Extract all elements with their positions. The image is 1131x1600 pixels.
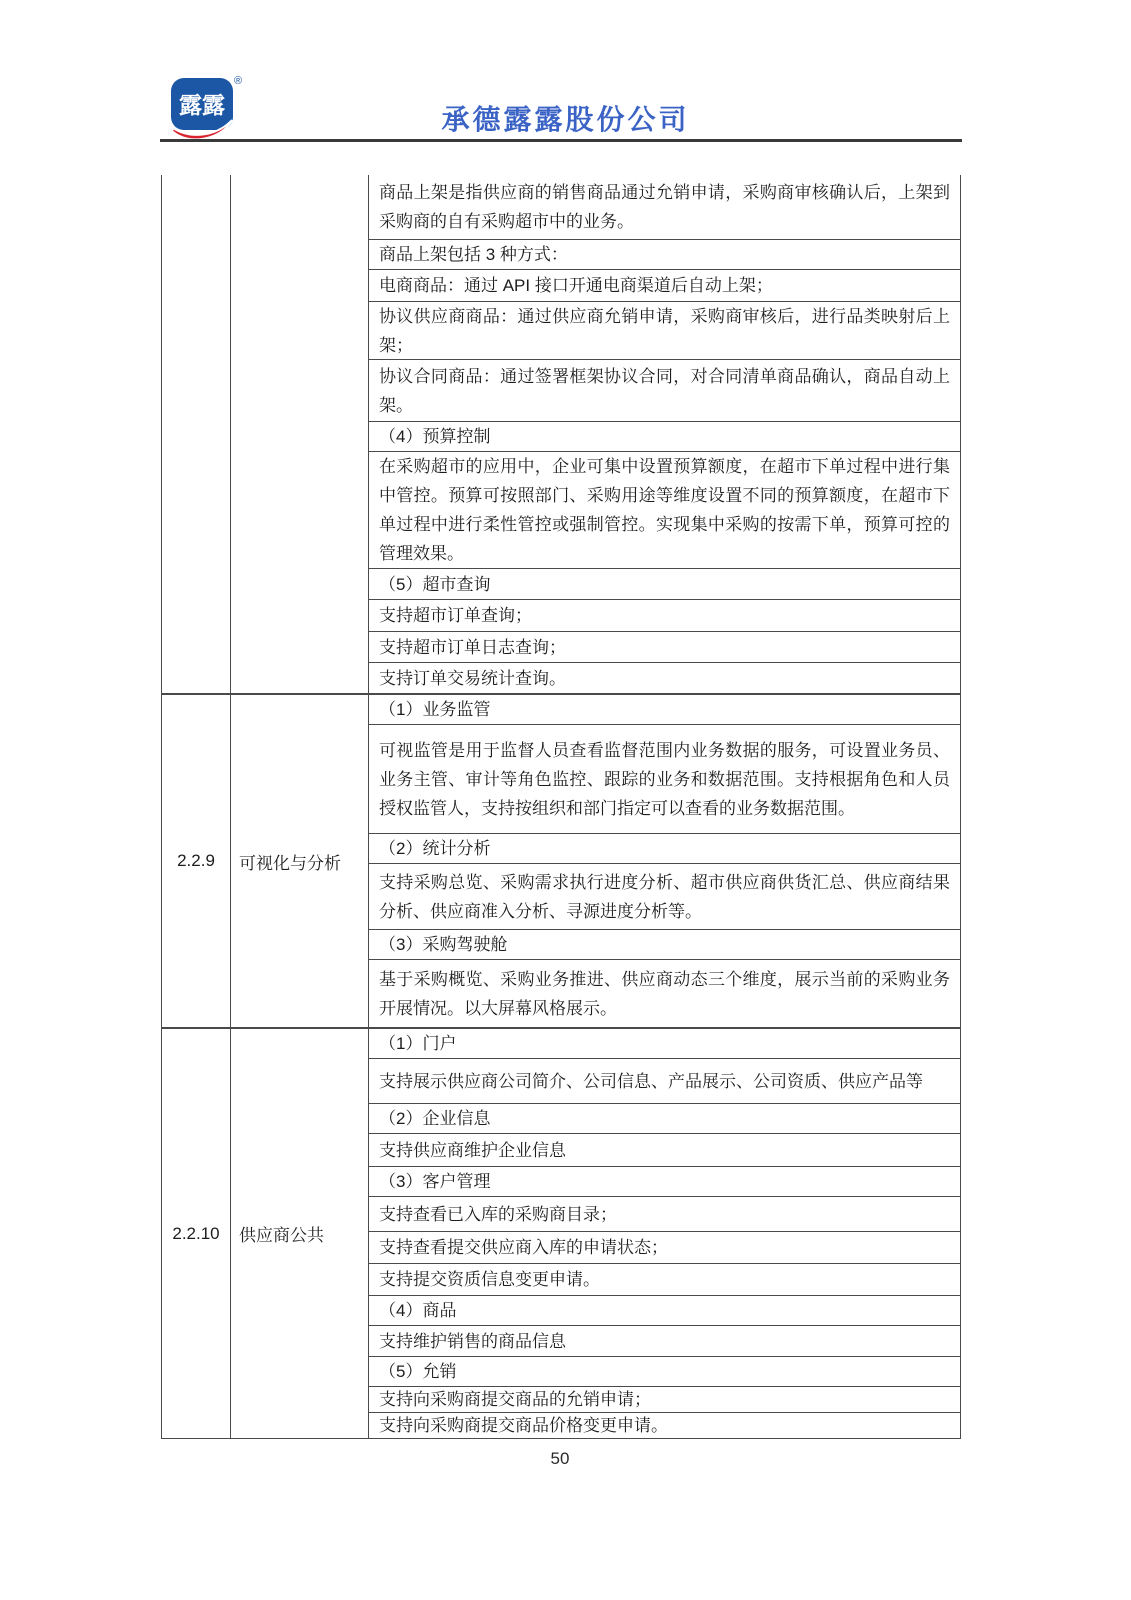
section-number-cell: [162, 175, 231, 693]
table-row: 支持采购总览、采购需求执行进度分析、超市供应商供货汇总、供应商结果分析、供应商准…: [369, 864, 960, 930]
row-text: 支持展示供应商公司简介、公司信息、产品展示、公司资质、供应产品等: [379, 1067, 923, 1096]
table-row: （4）预算控制: [369, 422, 960, 452]
table-row: （3）采购驾驶舱: [369, 930, 960, 960]
section-label-cell: 供应商公共: [231, 1029, 369, 1438]
table-row: （1）业务监管: [369, 695, 960, 725]
section-label: 可视化与分析: [239, 849, 341, 874]
table-row: 支持向采购商提交商品价格变更申请。: [369, 1413, 960, 1438]
row-text: 基于采购概览、采购业务推进、供应商动态三个维度，展示当前的采购业务开展情况。以大…: [379, 965, 950, 1023]
row-text: 支持向采购商提交商品价格变更申请。: [379, 1413, 668, 1438]
section-number-cell: 2.2.10: [162, 1029, 231, 1438]
row-text: 在采购超市的应用中，企业可集中设置预算额度，在超市下单过程中进行集中管控。预算可…: [379, 452, 950, 568]
table-row: 支持向采购商提交商品的允销申请；: [369, 1387, 960, 1413]
table-section-2-2-10: 2.2.10 供应商公共 （1）门户 支持展示供应商公司简介、公司信息、产品展示…: [162, 1027, 960, 1438]
section-label-cell: [231, 175, 369, 693]
table-row: 支持查看提交供应商入库的申请状态；: [369, 1232, 960, 1264]
row-text: 支持超市订单查询；: [379, 601, 532, 630]
table-row: （1）门户: [369, 1029, 960, 1059]
table-row: 可视监管是用于监督人员查看监督范围内业务数据的服务，可设置业务员、业务主管、审计…: [369, 725, 960, 834]
row-text: （5）超市查询: [379, 570, 490, 599]
section-content: （1）业务监管 可视监管是用于监督人员查看监督范围内业务数据的服务，可设置业务员…: [369, 695, 960, 1027]
table-row: 商品上架是指供应商的销售商品通过允销申请，采购商审核确认后，上架到采购商的自有采…: [369, 175, 960, 240]
row-text: 协议供应商商品：通过供应商允销申请，采购商审核后，进行品类映射后上架；: [379, 302, 950, 360]
row-text: （3）采购驾驶舱: [379, 930, 507, 959]
table-row: 支持查看已入库的采购商目录；: [369, 1197, 960, 1232]
row-text: 协议合同商品：通过签署框架协议合同，对合同清单商品确认，商品自动上架。: [379, 362, 950, 420]
table-row: 支持提交资质信息变更申请。: [369, 1264, 960, 1296]
row-text: 支持超市订单日志查询；: [379, 633, 566, 662]
table-section-2-2-9: 2.2.9 可视化与分析 （1）业务监管 可视监管是用于监督人员查看监督范围内业…: [162, 693, 960, 1027]
table-row: 基于采购概览、采购业务推进、供应商动态三个维度，展示当前的采购业务开展情况。以大…: [369, 960, 960, 1027]
section-label: 供应商公共: [239, 1221, 324, 1246]
header-rule: [160, 139, 962, 142]
row-text: 支持提交资质信息变更申请。: [379, 1265, 600, 1294]
table-row: 支持超市订单日志查询；: [369, 632, 960, 663]
row-text: 商品上架是指供应商的销售商品通过允销申请，采购商审核确认后，上架到采购商的自有采…: [379, 178, 950, 236]
table-row: 支持维护销售的商品信息: [369, 1326, 960, 1357]
table-row: （2）统计分析: [369, 834, 960, 864]
row-text: （4）商品: [379, 1296, 456, 1325]
row-text: 支持查看已入库的采购商目录；: [379, 1200, 617, 1229]
registered-mark: ®: [234, 75, 242, 87]
section-label-cell: 可视化与分析: [231, 695, 369, 1027]
page-number: 50: [161, 1449, 959, 1469]
table-row: 支持订单交易统计查询。: [369, 663, 960, 693]
row-text: 支持订单交易统计查询。: [379, 664, 566, 693]
section-number: 2.2.9: [177, 851, 215, 871]
table-row: （5）允销: [369, 1357, 960, 1387]
table-row: （2）企业信息: [369, 1104, 960, 1134]
table-row: （4）商品: [369, 1296, 960, 1326]
row-text: 支持供应商维护企业信息: [379, 1136, 566, 1165]
row-text: 支持查看提交供应商入库的申请状态；: [379, 1233, 668, 1262]
table-row: 电商商品：通过 API 接口开通电商渠道后自动上架；: [369, 270, 960, 302]
row-text: （5）允销: [379, 1357, 456, 1386]
table-row: （3）客户管理: [369, 1167, 960, 1197]
table-section-continuation: 商品上架是指供应商的销售商品通过允销申请，采购商审核确认后，上架到采购商的自有采…: [162, 175, 960, 693]
row-text: （4）预算控制: [379, 422, 490, 451]
row-text: 支持向采购商提交商品的允销申请；: [379, 1387, 651, 1413]
table-row: 支持展示供应商公司简介、公司信息、产品展示、公司资质、供应产品等: [369, 1059, 960, 1104]
requirements-table: 商品上架是指供应商的销售商品通过允销申请，采购商审核确认后，上架到采购商的自有采…: [161, 175, 961, 1439]
table-row: 支持超市订单查询；: [369, 600, 960, 632]
table-row: 商品上架包括 3 种方式：: [369, 240, 960, 270]
row-text: 支持维护销售的商品信息: [379, 1327, 566, 1356]
row-text: （2）企业信息: [379, 1104, 490, 1133]
table-row: 支持供应商维护企业信息: [369, 1134, 960, 1167]
row-text: （3）客户管理: [379, 1167, 490, 1196]
section-content: 商品上架是指供应商的销售商品通过允销申请，采购商审核确认后，上架到采购商的自有采…: [369, 175, 960, 693]
table-row: 协议供应商商品：通过供应商允销申请，采购商审核后，进行品类映射后上架；: [369, 302, 960, 360]
table-row: 协议合同商品：通过签署框架协议合同，对合同清单商品确认，商品自动上架。: [369, 360, 960, 422]
row-text: 可视监管是用于监督人员查看监督范围内业务数据的服务，可设置业务员、业务主管、审计…: [379, 736, 950, 823]
document-page: 露露 ® 承德露露股份公司 商品上架是指供应商的销售商品通过允销申请，采购商审核…: [0, 0, 1131, 1600]
section-content: （1）门户 支持展示供应商公司简介、公司信息、产品展示、公司资质、供应产品等 （…: [369, 1029, 960, 1438]
section-number: 2.2.10: [172, 1224, 219, 1244]
section-number-cell: 2.2.9: [162, 695, 231, 1027]
row-text: （1）业务监管: [379, 695, 490, 724]
table-row: 在采购超市的应用中，企业可集中设置预算额度，在超市下单过程中进行集中管控。预算可…: [369, 452, 960, 569]
table-row: （5）超市查询: [369, 569, 960, 600]
row-text: （1）门户: [379, 1029, 456, 1058]
row-text: 商品上架包括 3 种方式：: [379, 240, 568, 269]
row-text: （2）统计分析: [379, 834, 490, 863]
row-text: 支持采购总览、采购需求执行进度分析、超市供应商供货汇总、供应商结果分析、供应商准…: [379, 868, 950, 926]
company-title: 承德露露股份公司: [0, 98, 1131, 138]
row-text: 电商商品：通过 API 接口开通电商渠道后自动上架；: [379, 271, 773, 300]
